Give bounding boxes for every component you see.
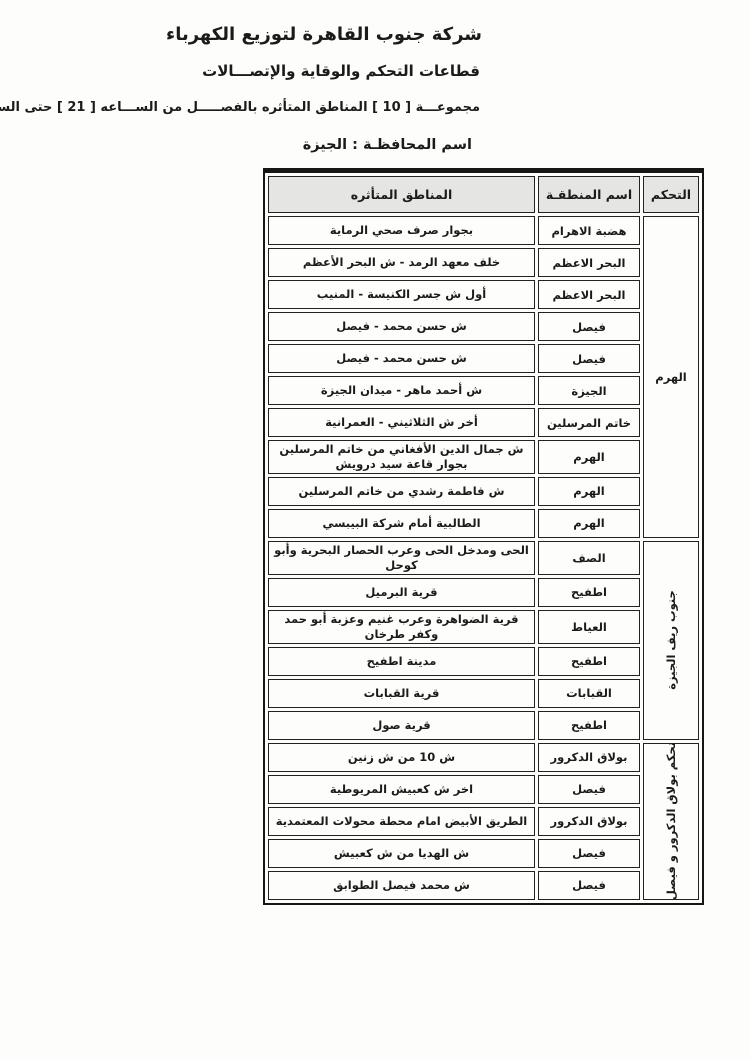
table-row: الهرمش جمال الدين الأفغاني من خاتم المرس… — [268, 440, 699, 474]
outage-table-body: الهرمهضبة الاهرامبجوار صرف صحي الرمايةال… — [268, 216, 699, 900]
affected-areas-cell: ش حسن محمد - فيصل — [268, 312, 535, 341]
table-row: القباباتقرية القبابات — [268, 679, 699, 708]
affected-areas-cell: بجوار صرف صحي الرماية — [268, 216, 535, 245]
area-name-cell: العياط — [538, 610, 640, 644]
table-row: جنوب ريف الجيزةالصفالحى ومدخل الحى وعرب … — [268, 541, 699, 575]
table-row: فيصلش حسن محمد - فيصل — [268, 344, 699, 373]
affected-areas-cell: الحى ومدخل الحى وعرب الحصار البحرية وأبو… — [268, 541, 535, 575]
governorate-line: اسم المحافظـة : الجيزة — [303, 137, 472, 153]
area-name-cell: البحر الاعظم — [538, 248, 640, 277]
control-group-label: الهرم — [655, 370, 686, 384]
column-header-control: التحكم — [643, 176, 699, 213]
control-group-cell: الهرم — [643, 216, 699, 538]
affected-areas-cell: مدينة اطفيح — [268, 647, 535, 676]
affected-areas-cell: قرية صول — [268, 711, 535, 740]
affected-areas-cell: ش 10 من ش زنين — [268, 743, 535, 772]
table-row: اطفيحقرية صول — [268, 711, 699, 740]
area-name-cell: بولاق الدكرور — [538, 743, 640, 772]
table-row: الهرمش فاطمة رشدي من خاتم المرسلين — [268, 477, 699, 506]
area-name-cell: هضبة الاهرام — [538, 216, 640, 245]
table-row: فيصلش محمد فيصل الطوابق — [268, 871, 699, 900]
affected-areas-cell: قرية البرميل — [268, 578, 535, 607]
column-header-area: اسم المنطقـة — [538, 176, 640, 213]
table-header-row: التحكم اسم المنطقـة المناطق المتأثره — [268, 176, 699, 213]
affected-areas-cell: أول ش جسر الكنيسة - المنيب — [268, 280, 535, 309]
table-row: البحر الاعظمأول ش جسر الكنيسة - المنيب — [268, 280, 699, 309]
affected-areas-cell: الطالبية أمام شركة البيبسي — [268, 509, 535, 538]
area-name-cell: البحر الاعظم — [538, 280, 640, 309]
control-group-label: تحكم بولاق الدكرور و فيصل — [664, 743, 678, 900]
company-title: شركة جنوب القاهرة لتوزيع الكهرباء — [166, 24, 482, 45]
document-page: شركة جنوب القاهرة لتوزيع الكهرباء قطاعات… — [0, 0, 750, 1060]
area-name-cell: فيصل — [538, 344, 640, 373]
area-name-cell: الهرم — [538, 509, 640, 538]
affected-areas-cell: خلف معهد الرمد - ش البحر الأعظم — [268, 248, 535, 277]
affected-areas-cell: ش جمال الدين الأفغاني من خاتم المرسلين ب… — [268, 440, 535, 474]
table-row: فيصلش الهديا من ش كعبيش — [268, 839, 699, 868]
area-name-cell: اطفيح — [538, 578, 640, 607]
affected-areas-cell: ش الهديا من ش كعبيش — [268, 839, 535, 868]
table-row: بولاق الدكرورالطريق الأبيض امام محطة محو… — [268, 807, 699, 836]
affected-areas-cell: اخر ش كعبيش المريوطية — [268, 775, 535, 804]
affected-areas-cell: ش محمد فيصل الطوابق — [268, 871, 535, 900]
area-name-cell: القبابات — [538, 679, 640, 708]
table-row: الهرمهضبة الاهرامبجوار صرف صحي الرماية — [268, 216, 699, 245]
table-row: اطفيحمدينة اطفيح — [268, 647, 699, 676]
table-row: الجيزةش أحمد ماهر - ميدان الجيزة — [268, 376, 699, 405]
table-row: تحكم بولاق الدكرور و فيصلبولاق الدكرورش … — [268, 743, 699, 772]
control-group-label: جنوب ريف الجيزة — [664, 590, 678, 690]
area-name-cell: فيصل — [538, 871, 640, 900]
affected-areas-cell: ش أحمد ماهر - ميدان الجيزة — [268, 376, 535, 405]
area-name-cell: بولاق الدكرور — [538, 807, 640, 836]
affected-areas-cell: ش حسن محمد - فيصل — [268, 344, 535, 373]
outage-table: التحكم اسم المنطقـة المناطق المتأثره اله… — [263, 168, 704, 905]
area-name-cell: خاتم المرسلين — [538, 408, 640, 437]
affected-areas-cell: أخر ش الثلاثيني - العمرانية — [268, 408, 535, 437]
area-name-cell: الهرم — [538, 477, 640, 506]
area-name-cell: فيصل — [538, 839, 640, 868]
area-name-cell: اطفيح — [538, 711, 640, 740]
table-row: فيصلش حسن محمد - فيصل — [268, 312, 699, 341]
column-header-affected: المناطق المتأثره — [268, 176, 535, 213]
table-row: الهرمالطالبية أمام شركة البيبسي — [268, 509, 699, 538]
table-row: فيصلاخر ش كعبيش المريوطية — [268, 775, 699, 804]
area-name-cell: اطفيح — [538, 647, 640, 676]
affected-areas-cell: قرية الضواهرة وعرب غنيم وعزبة أبو حمد وك… — [268, 610, 535, 644]
area-name-cell: الهرم — [538, 440, 640, 474]
department-line: قطاعات التحكم والوقاية والإتصـــالات — [202, 62, 480, 80]
table-row: اطفيحقرية البرميل — [268, 578, 699, 607]
affected-areas-cell: ش فاطمة رشدي من خاتم المرسلين — [268, 477, 535, 506]
affected-areas-cell: الطريق الأبيض امام محطة محولات المعتمدية — [268, 807, 535, 836]
table-row: العياطقرية الضواهرة وعرب غنيم وعزبة أبو … — [268, 610, 699, 644]
affected-areas-cell: قرية القبابات — [268, 679, 535, 708]
area-name-cell: الصف — [538, 541, 640, 575]
area-name-cell: الجيزة — [538, 376, 640, 405]
area-name-cell: فيصل — [538, 312, 640, 341]
table-row: خاتم المرسلينأخر ش الثلاثيني - العمرانية — [268, 408, 699, 437]
area-name-cell: فيصل — [538, 775, 640, 804]
control-group-cell: تحكم بولاق الدكرور و فيصل — [643, 743, 699, 900]
table-row: البحر الاعظمخلف معهد الرمد - ش البحر الأ… — [268, 248, 699, 277]
outage-group-line: مجموعـــة [ 10 ] المناطق المتأثره بالفصـ… — [0, 100, 480, 115]
control-group-cell: جنوب ريف الجيزة — [643, 541, 699, 740]
